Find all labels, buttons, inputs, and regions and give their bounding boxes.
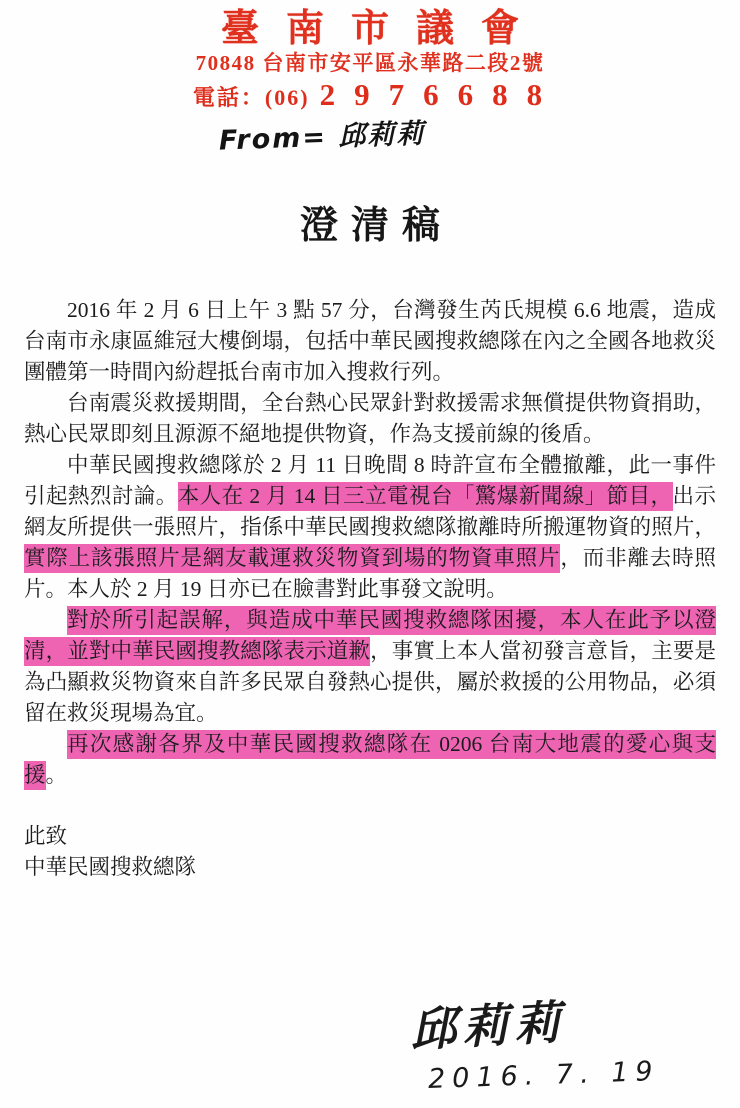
paragraph-donations: 台南震災救援期間，全台熱心民眾針對救援需求無償提供物資捐助，熱心民眾即刻且源源不…	[24, 388, 716, 450]
paragraph-text: 。	[46, 763, 68, 787]
closing-block: 此致 中華民國搜救總隊	[24, 821, 716, 883]
closing-salutation: 此致	[24, 821, 716, 852]
highlighted-text: 實際上該張照片是網友載運救災物資到場的物資車照片	[24, 544, 560, 573]
phone-prefix: 電話：(06)	[193, 81, 310, 112]
letterhead: 臺南市議會 70848 台南市安平區永華路二段2號 電話：(06) 297668…	[0, 0, 740, 154]
document-title: 澄清稿	[0, 194, 740, 249]
handwritten-signature-name: 邱莉莉	[408, 986, 567, 1060]
organization-name: 臺南市議會	[0, 8, 740, 50]
letter-body: 2016 年 2 月 6 日上午 3 點 57 分，台灣發生芮氏規模 6.6 地…	[24, 295, 716, 791]
highlighted-text: 再次感謝各界及中華民國搜救總隊在 0206 台南大地震的愛心與支援	[24, 730, 716, 790]
paragraph-text: 台南震災救援期間，全台熱心民眾針對救援需求無償提供物資捐助，熱心民眾即刻且源源不…	[24, 391, 716, 446]
signature-block: 邱莉莉 2016. 7. 19	[410, 990, 660, 1091]
scanned-letter-page: 臺南市議會 70848 台南市安平區永華路二段2號 電話：(06) 297668…	[0, 0, 740, 1108]
paragraph-apology: 對於所引起誤解，與造成中華民國搜救總隊困擾，本人在此予以澄清，並對中華民國搜教總…	[24, 605, 716, 729]
highlighted-text: 本人在 2 月 14 日三立電視台「驚爆新聞線」節目，	[178, 482, 673, 511]
paragraph-thanks: 再次感謝各界及中華民國搜救總隊在 0206 台南大地震的愛心與支援。	[24, 729, 716, 791]
paragraph-earthquake-intro: 2016 年 2 月 6 日上午 3 點 57 分，台灣發生芮氏規模 6.6 地…	[24, 295, 716, 388]
handwritten-signature-date: 2016. 7. 19	[428, 1056, 661, 1095]
organization-address: 70848 台南市安平區永華路二段2號	[0, 51, 740, 76]
closing-recipient: 中華民國搜救總隊	[24, 852, 716, 883]
paragraph-tv-photo-clarification: 中華民國搜救總隊於 2 月 11 日晚間 8 時許宣布全體撤離，此一事件引起熱烈…	[24, 450, 716, 605]
paragraph-text: 2016 年 2 月 6 日上午 3 點 57 分，台灣發生芮氏規模 6.6 地…	[24, 298, 716, 384]
